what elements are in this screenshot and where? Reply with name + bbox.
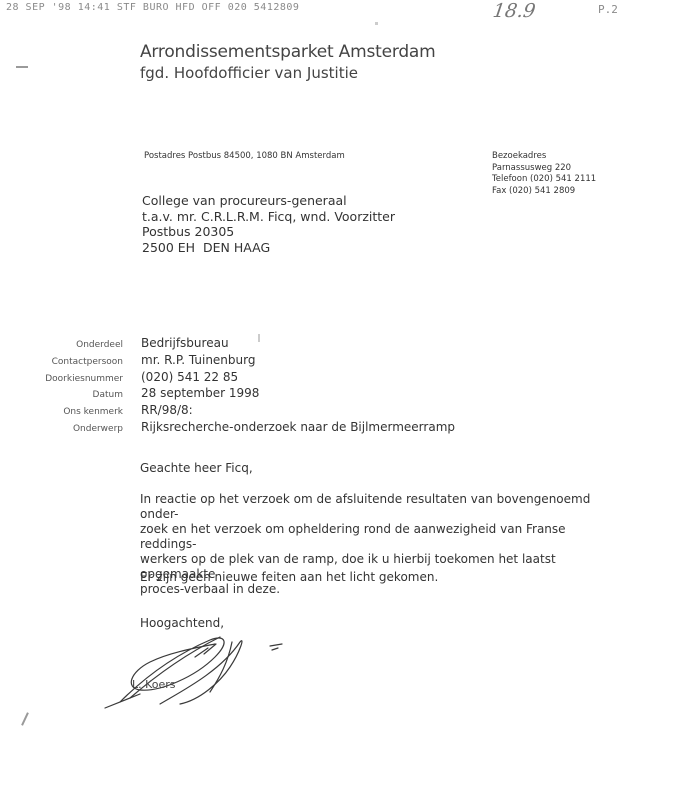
visiting-address: Bezoekadres Parnassusweg 220 Telefoon (0… [492, 151, 596, 197]
visiting-address-street: Parnassusweg 220 [492, 163, 596, 175]
reference-row: OnderdeelBedrijfsbureau [20, 336, 455, 353]
paragraph-line: proces-verbaal in deze. [140, 582, 620, 597]
scan-speck [375, 22, 378, 25]
scan-speck [21, 712, 29, 726]
handwritten-note: 18.9 [491, 0, 536, 22]
visiting-address-phone: Telefoon (020) 541 2111 [492, 174, 596, 186]
reference-label: Onderdeel [20, 336, 141, 353]
reference-value: RR/98/8: [141, 403, 455, 420]
postal-address: Postadres Postbus 84500, 1080 BN Amsterd… [144, 151, 345, 161]
reference-label: Ons kenmerk [20, 403, 141, 420]
signature-scribble [100, 632, 300, 716]
reference-value: Rijksrecherche-onderzoek naar de Bijlmer… [141, 420, 455, 437]
addressee-line: 2500 EH DEN HAAG [142, 240, 395, 256]
reference-label: Onderwerp [20, 420, 141, 437]
scan-speck [258, 334, 260, 342]
reference-label: Contactpersoon [20, 353, 141, 370]
reference-row: OnderwerpRijksrecherche-onderzoek naar d… [20, 420, 455, 437]
visiting-address-label: Bezoekadres [492, 151, 596, 163]
reference-row: Datum28 september 1998 [20, 386, 455, 403]
reference-value: Bedrijfsbureau [141, 336, 455, 353]
reference-label: Doorkiesnummer [20, 370, 141, 387]
visiting-address-fax: Fax (020) 541 2809 [492, 186, 596, 198]
reference-label: Datum [20, 386, 141, 403]
reference-value: 28 september 1998 [141, 386, 455, 403]
paragraph-line: In reactie op het verzoek om de afsluite… [140, 492, 620, 522]
paragraph-line: zoek en het verzoek om opheldering rond … [140, 522, 620, 552]
fax-transmission-header: 28 SEP '98 14:41 STF BURO HFD OFF 020 54… [6, 2, 299, 13]
body-paragraph-2: Er zijn geen nieuwe feiten aan het licht… [140, 570, 438, 584]
addressee-line: College van procureurs-generaal [142, 193, 395, 209]
reference-row: Contactpersoonmr. R.P. Tuinenburg [20, 353, 455, 370]
page-marker: P.2 [598, 3, 618, 16]
salutation: Geachte heer Ficq, [140, 461, 253, 475]
addressee-line: t.a.v. mr. C.R.L.R.M. Ficq, wnd. Voorzit… [142, 209, 395, 225]
letterhead-organization: Arrondissementsparket Amsterdam [140, 42, 436, 62]
addressee-block: College van procureurs-generaal t.a.v. m… [142, 193, 395, 255]
reference-block: OnderdeelBedrijfsbureau Contactpersoonmr… [20, 336, 455, 437]
reference-row: Doorkiesnummer(020) 541 22 85 [20, 370, 455, 387]
signatory-name: L. Koers [132, 678, 176, 691]
reference-value: (020) 541 22 85 [141, 370, 455, 387]
addressee-line: Postbus 20305 [142, 224, 395, 240]
letterhead-department: fgd. Hoofdofficier van Justitie [140, 64, 358, 82]
reference-value: mr. R.P. Tuinenburg [141, 353, 455, 370]
reference-row: Ons kenmerkRR/98/8: [20, 403, 455, 420]
scan-speck [16, 66, 28, 68]
signature-icon [100, 632, 300, 712]
closing: Hoogachtend, [140, 616, 224, 630]
